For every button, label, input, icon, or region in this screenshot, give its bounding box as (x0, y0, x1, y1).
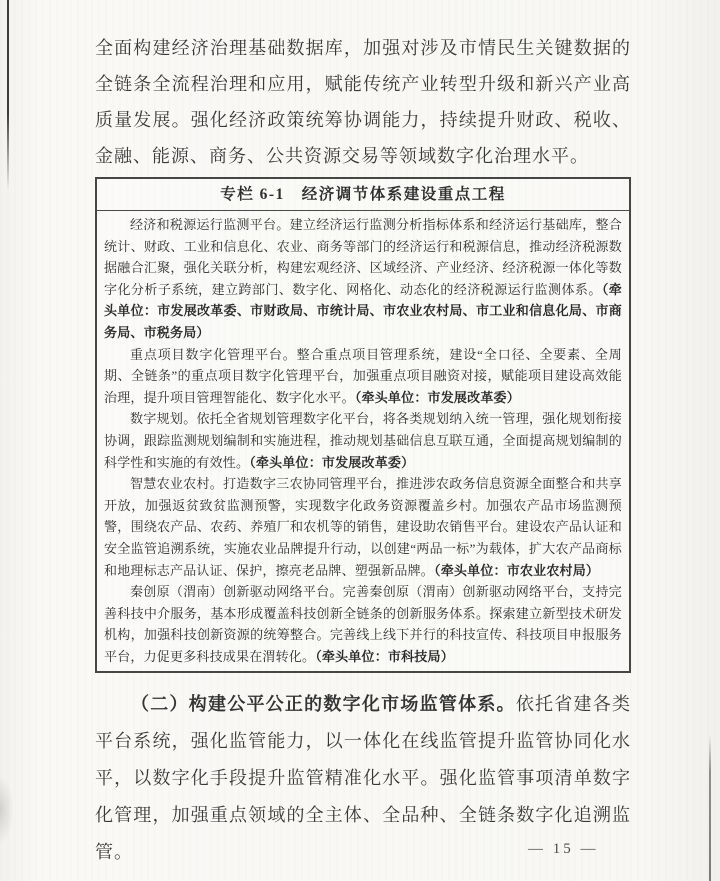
box-paragraph-4-lead-unit: （牵头单位：市农业农村局） (434, 563, 599, 578)
column-box-body: 经济和税源运行监测平台。建立经济运行监测分析指标体系和经济运行基础库，整合统计、… (97, 211, 629, 671)
document-page: 全面构建经济治理基础数据库，加强对涉及市情民生关键数据的全链条全流程治理和应用，… (0, 0, 720, 881)
intro-paragraph: 全面构建经济治理基础数据库，加强对涉及市情民生关键数据的全链条全流程治理和应用，… (95, 30, 631, 174)
page-number: — 15 — (528, 841, 599, 858)
page-content: 全面构建经济治理基础数据库，加强对涉及市情民生关键数据的全链条全流程治理和应用，… (95, 30, 631, 871)
box-paragraph-1-text: 经济和税源运行监测平台。建立经济运行监测分析指标体系和经济运行基础库，整合统计、… (104, 217, 622, 297)
box-paragraph-2-lead-unit: （牵头单位：市发展改革委） (355, 390, 520, 405)
scan-artifact-smudge (0, 775, 14, 845)
box-paragraph-3-lead-unit: （牵头单位：市发展改革委） (249, 455, 414, 470)
box-paragraph-1: 经济和税源运行监测平台。建立经济运行监测分析指标体系和经济运行基础库，整合统计、… (104, 214, 622, 344)
box-paragraph-4: 智慧农业农村。打造数字三农协同管理平台，推进涉农政务信息资源全面整合和共享开放，… (104, 473, 622, 581)
box-paragraph-5: 秦创原（渭南）创新驱动网络平台。完善秦创原（渭南）创新驱动网络平台，支持完善科技… (104, 581, 622, 667)
box-paragraph-5-lead-unit: （牵头单位：市科技局） (315, 649, 454, 664)
box-paragraph-3: 数字规划。依托全省规划管理数字化平台，将各类规划纳入统一管理，强化规划衔接协调，… (104, 408, 622, 473)
section-paragraph-lead: （二）构建公平公正的数字化市场监管体系。 (131, 694, 516, 714)
column-box: 专栏 6-1 经济调节体系建设重点工程 经济和税源运行监测平台。建立经济运行监测… (95, 177, 631, 673)
section-paragraph-body: 依托省建各类平台系统，强化监管能力，以一体化在线监管提升监管协同化水平，以数字化… (95, 694, 631, 862)
column-box-title: 专栏 6-1 经济调节体系建设重点工程 (97, 179, 629, 211)
scan-artifact-right-line (709, 735, 711, 881)
scan-artifact-left-line (7, 0, 9, 190)
box-paragraph-2: 重点项目数字化管理平台。整合重点项目管理系统，建设“全口径、全要素、全周期、全链… (104, 344, 622, 409)
